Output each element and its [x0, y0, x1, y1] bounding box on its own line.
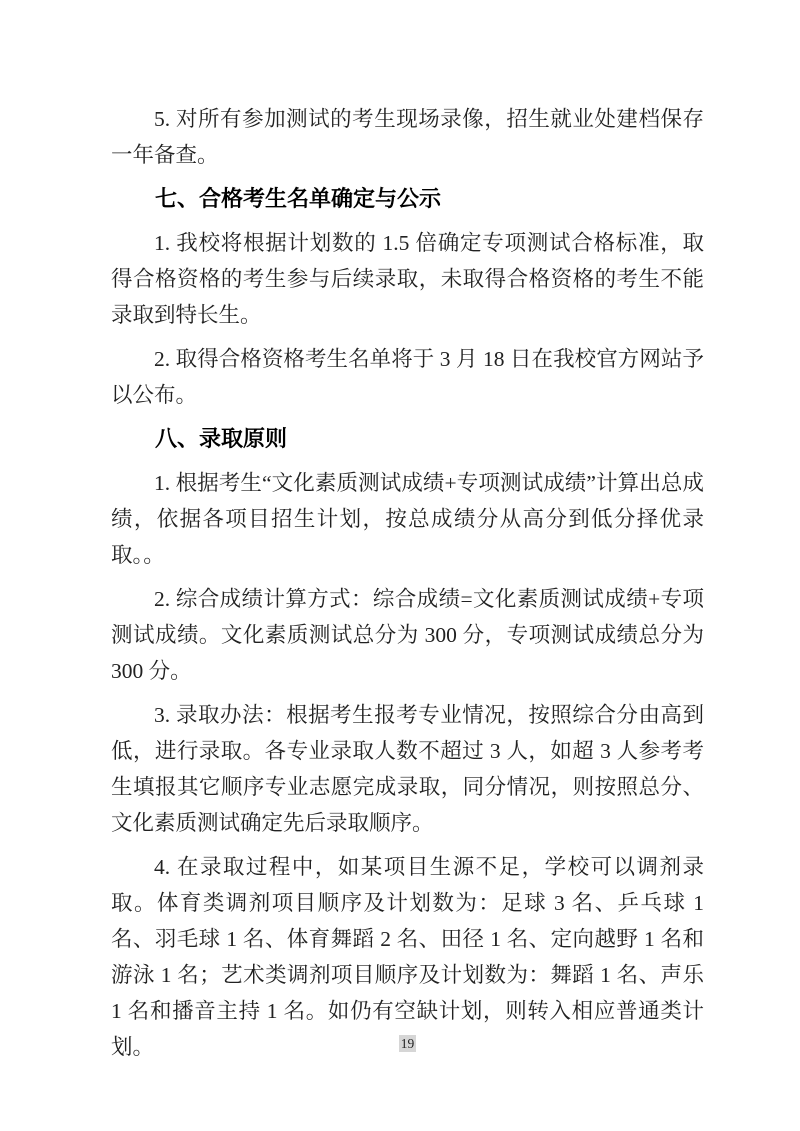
paragraph-2-list-announcement: 2. 取得合格资格考生名单将于 3 月 18 日在我校官方网站予以公布。: [111, 341, 704, 413]
footer: 19: [111, 1035, 704, 1053]
paragraph-5-recording-archive: 5. 对所有参加测试的考生现场录像，招生就业处建档保存一年备查。: [111, 101, 704, 173]
paragraph-1-total-score-ranking: 1. 根据考生“文化素质测试成绩+专项测试成绩”计算出总成绩，依据各项目招生计划…: [111, 465, 704, 573]
paragraph-2-score-formula: 2. 综合成绩计算方式：综合成绩=文化素质测试成绩+专项测试成绩。文化素质测试总…: [111, 581, 704, 689]
document-page: 5. 对所有参加测试的考生现场录像，招生就业处建档保存一年备查。 七、合格考生名…: [0, 0, 800, 1131]
document-body: 5. 对所有参加测试的考生现场录像，招生就业处建档保存一年备查。 七、合格考生名…: [111, 101, 704, 1073]
page-number: 19: [399, 1035, 417, 1052]
heading-section-7-qualified-list: 七、合格考生名单确定与公示: [111, 181, 704, 217]
heading-section-8-admission-principles: 八、录取原则: [111, 421, 704, 457]
paragraph-4-quota-adjustment: 4. 在录取过程中，如某项目生源不足，学校可以调剂录取。体育类调剂项目顺序及计划…: [111, 849, 704, 1065]
paragraph-1-qualification-standard: 1. 我校将根据计划数的 1.5 倍确定专项测试合格标准，取得合格资格的考生参与…: [111, 225, 704, 333]
paragraph-3-admission-method: 3. 录取办法：根据考生报考专业情况，按照综合分由高到低，进行录取。各专业录取人…: [111, 697, 704, 841]
